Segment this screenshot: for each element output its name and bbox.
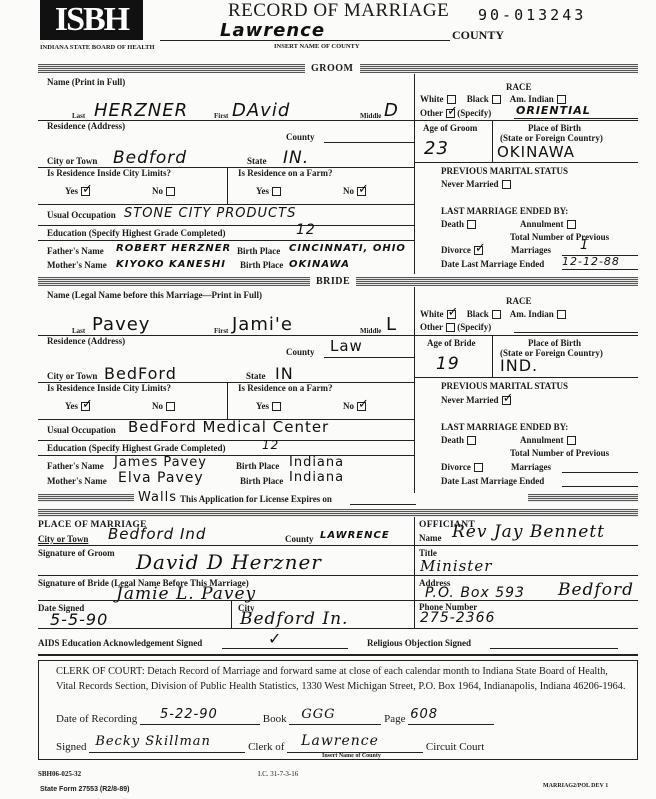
groom-inside-city-no-checkbox[interactable] — [166, 187, 175, 196]
groom-father-birth-value: CINCINNATI, OHIO — [289, 243, 406, 254]
groom-last-label: Last — [72, 112, 85, 120]
groom-last-ended-title: LAST MARRIAGE ENDED BY: — [441, 206, 568, 216]
bride-middle-value: L — [386, 314, 397, 335]
religious-objection-field[interactable] — [490, 648, 618, 649]
aids-ack-field[interactable] — [222, 648, 348, 649]
bride-annulment-checkbox[interactable] — [567, 436, 576, 445]
signed-field[interactable]: Becky Skillman — [89, 743, 245, 753]
bride-last-label: Last — [72, 327, 85, 335]
clerk-of-field[interactable]: Lawrence — [287, 743, 423, 753]
bride-race-row1[interactable]: White Black Am. Indian — [420, 309, 566, 319]
header-county-value: Lawrence — [220, 20, 325, 41]
groom-mother-value: KIYOKO KANESHI — [116, 259, 226, 270]
license-bar-right — [528, 494, 638, 502]
bride-education-label: Education (Specify Highest Grade Complet… — [47, 443, 226, 453]
officiant-name-label: Name — [419, 533, 442, 543]
bride-race-amindian-checkbox[interactable] — [557, 310, 566, 319]
groom-mother-birth-value: OKINAWA — [289, 259, 350, 270]
groom-first-value: DAvid — [232, 100, 290, 121]
clerk-of-value: Lawrence — [301, 733, 379, 749]
form-code: SBH06-025-32 — [38, 770, 81, 778]
groom-father-label: Father's Name — [47, 246, 104, 256]
groom-father-birth-label: Birth Place — [237, 246, 280, 256]
groom-race-title: RACE — [506, 82, 532, 92]
groom-city-value: Bedford — [113, 148, 187, 168]
officiant-address-city: Bedford — [558, 580, 634, 600]
groom-education-label: Education (Specify Highest Grade Complet… — [47, 228, 226, 238]
clerk-instructions: CLERK OF COURT: Detach Record of Marriag… — [56, 664, 626, 694]
bride-race-title: RACE — [506, 296, 532, 306]
clerk-signed-row: Signed Becky Skillman Clerk of Lawrence … — [56, 741, 484, 753]
bride-city-value: BedFord — [104, 364, 177, 383]
groom-age-value: 23 — [424, 138, 449, 159]
groom-father-value: ROBERT HERZNER — [116, 243, 231, 254]
bride-residence-label: Residence (Address) — [47, 336, 125, 346]
groom-inside-city-no[interactable]: No — [152, 186, 175, 196]
groom-age-label: Age of Groom — [423, 123, 477, 133]
groom-race-row1[interactable]: White Black Am. Indian — [420, 94, 566, 104]
groom-state-label: State — [247, 156, 267, 166]
bride-county-value: Law — [330, 337, 363, 355]
groom-farm-yes[interactable]: Yes — [256, 186, 281, 196]
bride-inside-city-label: Is Residence Inside City Limits? — [47, 383, 171, 393]
bride-mother-value: Elva Pavey — [118, 470, 204, 486]
bride-date-ended-label: Date Last Marriage Ended — [441, 476, 544, 486]
ceremony-city-label: City or Town — [38, 534, 88, 544]
recording-date-label: Date of Recording — [56, 713, 137, 725]
groom-name-label: Name (Print in Full) — [47, 77, 125, 87]
recording-date-field[interactable]: 5-22-90 — [140, 715, 260, 725]
bride-name-label: Name (Legal Name before this Marriage—Pr… — [47, 290, 262, 300]
groom-farm-yes-checkbox[interactable] — [272, 187, 281, 196]
bride-father-value: James Pavey — [114, 455, 207, 470]
recording-date-value: 5-22-90 — [160, 707, 218, 722]
groom-middle-value: D — [384, 100, 399, 121]
book-value: GGG — [301, 707, 335, 722]
bride-race-white-checkbox[interactable] — [447, 310, 456, 319]
officiant-phone-value: 275-2366 — [420, 610, 495, 626]
bride-annulment[interactable]: Annulment — [520, 435, 576, 445]
bride-inside-city-no[interactable]: No — [152, 401, 175, 411]
groom-total-prev-label: Total Number of Previous — [510, 232, 609, 242]
aids-ack-value: ✓ — [268, 629, 282, 648]
book-label: Book — [263, 713, 287, 725]
aids-ack-label: AIDS Education Acknowledgement Signed — [38, 638, 202, 648]
groom-divorce[interactable]: Divorce — [441, 245, 483, 255]
bride-mother-label: Mother's Name — [47, 476, 107, 486]
bride-farm-label: Is Residence on a Farm? — [238, 383, 333, 393]
bride-birthplace-value: IND. — [500, 356, 538, 375]
bride-divorce[interactable]: Divorce — [441, 462, 483, 472]
groom-mother-label: Mother's Name — [47, 260, 107, 270]
religious-objection-label: Religious Objection Signed — [367, 638, 471, 648]
bride-farm-yes-checkbox[interactable] — [272, 402, 281, 411]
bride-inside-city-yes-checkbox[interactable] — [81, 402, 90, 411]
bride-race-row2[interactable]: Other (Specify) — [420, 322, 491, 332]
bride-state-label: State — [246, 371, 266, 381]
ceremony-city-value: Bedford Ind — [108, 525, 206, 543]
ceremony-county-value: LAWRENCE — [320, 530, 390, 541]
groom-middle-label: Middle — [360, 112, 381, 120]
groom-inside-city-label: Is Residence Inside City Limits? — [47, 168, 171, 178]
groom-occupation-value: STONE CITY PRODUCTS — [124, 206, 296, 221]
groom-prev-status-title: PREVIOUS MARITAL STATUS — [441, 166, 568, 176]
groom-mother-birth-label: Birth Place — [240, 260, 283, 270]
bride-never-married-checkbox[interactable] — [502, 396, 511, 405]
groom-race-specify-value: ORIENTIAL — [516, 104, 591, 117]
groom-inside-city-yes[interactable]: Yes — [65, 186, 90, 196]
groom-birthplace-sub: (State or Foreign Country) — [500, 133, 603, 143]
groom-farm-no[interactable]: No — [343, 186, 366, 196]
groom-race-other-checkbox[interactable] — [446, 109, 455, 118]
bride-section-title: BRIDE — [310, 276, 356, 287]
header-county-hint: INSERT NAME OF COUNTY — [274, 43, 360, 50]
bride-state-value: IN — [275, 364, 294, 383]
groom-marriages-label: Marriages — [511, 245, 551, 255]
record-number: 90-013243 — [478, 6, 586, 24]
groom-death[interactable]: Death — [441, 219, 476, 229]
groom-death-checkbox[interactable] — [467, 220, 476, 229]
bride-occupation-label: Usual Occupation — [47, 425, 116, 435]
bride-death-checkbox[interactable] — [467, 436, 476, 445]
bride-father-birth-value: Indiana — [289, 455, 344, 470]
bride-mother-birth-value: Indiana — [289, 470, 344, 485]
groom-section-title: GROOM — [305, 63, 360, 74]
groom-education-value: 12 — [296, 222, 316, 238]
bride-prev-status-title: PREVIOUS MARITAL STATUS — [441, 381, 568, 391]
ceremony-county-label: County — [285, 534, 314, 544]
bride-farm-no-checkbox[interactable] — [357, 402, 366, 411]
date-signed-value: 5-5-90 — [50, 610, 108, 629]
bride-middle-label: Middle — [360, 327, 381, 335]
page-title: RECORD OF MARRIAGE — [228, 0, 449, 22]
bride-never-married[interactable]: Never Married — [441, 395, 511, 405]
groom-annulment[interactable]: Annulment — [520, 219, 576, 229]
officiant-name-value: Rev Jay Bennett — [452, 522, 605, 542]
groom-date-ended-value: 12-12-88 — [562, 255, 620, 268]
ceremony-section-bar — [38, 509, 638, 517]
clerk-of-label: Clerk of — [248, 741, 284, 753]
license-bar-left — [38, 494, 134, 502]
bride-death[interactable]: Death — [441, 435, 476, 445]
bride-divorce-checkbox[interactable] — [474, 463, 483, 472]
groom-signature-label: Signature of Groom — [38, 548, 115, 558]
officiant-address-value: P.O. Box 593 — [425, 585, 525, 601]
bride-race-black-checkbox[interactable] — [492, 310, 501, 319]
bride-last-value: Pavey — [92, 314, 150, 335]
groom-race-row2[interactable]: Other (Specify) — [420, 108, 491, 118]
groom-race-white-checkbox[interactable] — [447, 95, 456, 104]
bride-father-label: Father's Name — [47, 461, 104, 471]
signed-value: Becky Skillman — [95, 734, 211, 749]
bride-race-other-checkbox[interactable] — [446, 323, 455, 332]
logo-text: ISBH — [55, 1, 128, 38]
book-field[interactable]: GGG — [289, 715, 381, 725]
page-field[interactable]: 608 — [408, 715, 494, 725]
recording-row: Date of Recording 5-22-90 Book GGG Page … — [56, 713, 494, 725]
ic-code: I.C. 31-7-3-16 — [258, 770, 298, 778]
groom-race-black-checkbox[interactable] — [492, 95, 501, 104]
bride-education-value: 12 — [262, 438, 279, 452]
bride-first-value: Jami'e — [232, 314, 293, 335]
agency-name: INDIANA STATE BOARD OF HEALTH — [40, 44, 155, 51]
groom-county-label: County — [286, 132, 315, 142]
bride-city-label: City or Town — [47, 371, 97, 381]
groom-farm-no-checkbox[interactable] — [357, 187, 366, 196]
groom-residence-label: Residence (Address) — [47, 121, 125, 131]
groom-never-married-checkbox[interactable] — [502, 180, 511, 189]
dev-code: MARRIAG2/POL DEV 1 — [543, 783, 608, 789]
bride-inside-city-yes[interactable]: Yes — [65, 401, 90, 411]
bride-father-birth-label: Birth Place — [236, 461, 279, 471]
groom-annulment-checkbox[interactable] — [567, 220, 576, 229]
ceremony-city2-value: Bedford In. — [240, 609, 348, 629]
page-label: Page — [384, 713, 405, 725]
page-value: 608 — [410, 707, 438, 722]
groom-divorce-checkbox[interactable] — [474, 246, 483, 255]
groom-occupation-label: Usual Occupation — [47, 210, 116, 220]
license-expires-label: This Application for License Expires on — [180, 494, 332, 504]
bride-farm-yes[interactable]: Yes — [256, 401, 281, 411]
bride-mother-birth-label: Birth Place — [240, 476, 283, 486]
groom-birthplace-value: OKINAWA — [497, 143, 575, 161]
state-form: State Form 27553 (R2/8-89) — [40, 786, 129, 793]
bride-first-label: First — [214, 327, 228, 335]
bride-marriages-label: Marriages — [511, 462, 551, 472]
circuit-court-label: Circuit Court — [426, 741, 484, 753]
clerk-initials: Walls — [138, 490, 177, 505]
groom-last-value: HERZNER — [94, 100, 188, 121]
groom-city-label: City or Town — [47, 156, 97, 166]
groom-birthplace-label: Place of Birth — [528, 123, 581, 133]
clerk-of-hint: Insert Name of County — [322, 753, 381, 759]
bride-age-label: Age of Bride — [427, 338, 476, 348]
groom-never-married[interactable]: Never Married — [441, 179, 511, 189]
license-expires-field[interactable] — [350, 504, 416, 505]
officiant-title-value: Minister — [420, 557, 492, 575]
isbh-logo: ISBH — [40, 0, 143, 40]
groom-state-value: IN. — [283, 148, 309, 168]
bride-signature: Jamie L. Pavey — [116, 584, 256, 604]
groom-first-label: First — [214, 112, 228, 120]
bride-occupation-value: BedFord Medical Center — [128, 418, 329, 436]
groom-marriages-value: 1 — [580, 238, 589, 253]
groom-farm-label: Is Residence on a Farm? — [238, 168, 333, 178]
bride-total-prev-label: Total Number of Previous — [510, 448, 609, 458]
bride-last-ended-title: LAST MARRIAGE ENDED BY: — [441, 422, 568, 432]
bride-county-label: County — [286, 347, 315, 357]
groom-inside-city-yes-checkbox[interactable] — [81, 187, 90, 196]
signed-label: Signed — [56, 741, 87, 753]
groom-signature: David D Herzner — [136, 550, 322, 574]
bride-farm-no[interactable]: No — [343, 401, 366, 411]
header-county-label: COUNTY — [452, 28, 504, 43]
bride-age-value: 19 — [436, 354, 460, 374]
groom-date-ended-label: Date Last Marriage Ended — [441, 259, 544, 269]
bride-birthplace-label: Place of Birth — [528, 338, 581, 348]
bride-inside-city-no-checkbox[interactable] — [166, 402, 175, 411]
